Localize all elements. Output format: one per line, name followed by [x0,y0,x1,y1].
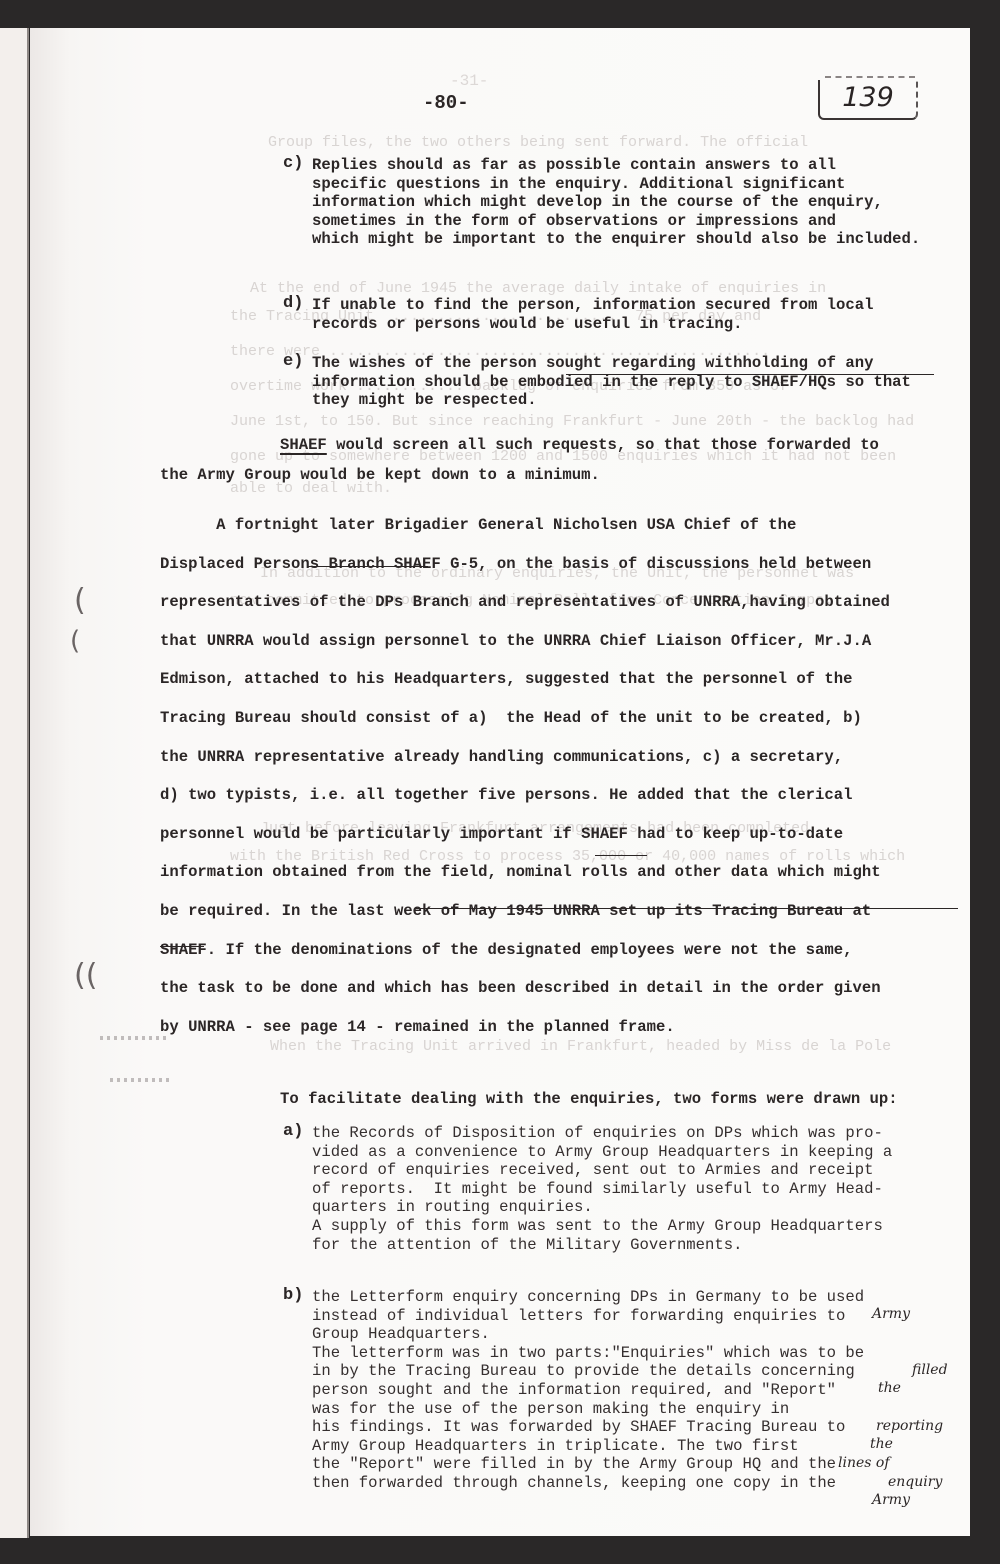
screen-paragraph-line2: the Army Group would be kept down to a m… [160,460,600,491]
handwritten-note: enquiry [888,1474,942,1490]
text-line: the Army Group would be kept down to a m… [160,460,600,491]
text-line: specific questions in the enquiry. Addit… [312,175,920,194]
text-line: Army Group Headquarters in triplicate. T… [312,1437,864,1456]
text-line: they might be respected. [312,391,911,410]
text-line: sometimes in the form of observations or… [312,212,920,231]
margin-bracket-mark-icon: (( [74,958,97,993]
text-line: A fortnight later Brigadier General Nich… [160,506,890,545]
text-line: the Letterform enquiry concerning DPs in… [312,1288,864,1307]
text-line: d) two typists, i.e. all together five p… [160,776,890,815]
form-b-text: the Letterform enquiry concerning DPs in… [312,1288,864,1493]
item-e-text: The wishes of the person sought regardin… [312,354,911,410]
text-line: If unable to find the person, informatio… [312,296,873,315]
text-line: the task to be done and which has been d… [160,969,890,1008]
form-label: a) [283,1122,303,1141]
handwritten-note: Army [872,1492,910,1508]
item-label: d) [283,294,303,313]
text-line: information which might develop in the c… [312,193,920,212]
underline-shaef [160,946,204,947]
text-line: instead of individual letters for forwar… [312,1307,864,1326]
text-line: his findings. It was forwarded by SHAEF … [312,1418,864,1437]
text-line: Displaced Persons Branch SHAEF G-5, on t… [160,545,890,584]
text-line: the "Report" were filled in by the Army … [312,1455,864,1474]
text-line: records or persons would be useful in tr… [312,315,873,334]
text-line: SHAEF would screen all such requests, so… [280,430,879,461]
previous-page-edge [0,28,29,1538]
text-line: quarters in routing enquiries. [312,1198,892,1217]
underlined-shaef: SHAEF [280,436,327,454]
screen-paragraph: SHAEF would screen all such requests, so… [280,430,879,461]
margin-smudge [110,1078,170,1082]
document-page: -31- Group files, the two others being s… [30,28,970,1536]
bleed-through-page-number: -31- [450,72,488,90]
handwritten-note: the [878,1380,901,1396]
text-line: The wishes of the person sought regardin… [312,354,911,373]
text-line: Tracing Bureau should consist of a) the … [160,699,890,738]
item-c-text: Replies should as far as possible contai… [312,156,920,249]
scanned-document: -31- Group files, the two others being s… [0,0,1000,1564]
text-line: the Records of Disposition of enquiries … [312,1124,892,1143]
item-d-text: If unable to find the person, informatio… [312,296,873,333]
text-line: Edmison, attached to his Headquarters, s… [160,660,890,699]
underline-shaef-hqs [566,374,934,375]
text-line: person sought and the information requir… [312,1381,864,1400]
handwritten-note: lines of [838,1455,890,1471]
text-line: in by the Tracing Bureau to provide the … [312,1362,864,1381]
text-line: personnel would be particularly importan… [160,815,890,854]
main-paragraph: A fortnight later Brigadier General Nich… [160,506,890,1046]
text-line: was for the use of the person making the… [312,1400,864,1419]
text-line: The letterform was in two parts:"Enquiri… [312,1344,864,1363]
text-line: Group Headquarters. [312,1325,864,1344]
text-line: A supply of this form was sent to the Ar… [312,1217,892,1236]
text-line: then forwarded through channels, keeping… [312,1474,864,1493]
bleed-through-line: Group files, the two others being sent f… [268,132,808,154]
underline-shaef [595,855,647,856]
page-number: -80- [423,92,469,114]
handwritten-note: filled [912,1362,948,1378]
text-line: of reports. It might be found similarly … [312,1180,892,1199]
text-line: vided as a convenience to Army Group Hea… [312,1143,892,1162]
stamp-border-top [825,76,915,78]
form-a-text: the Records of Disposition of enquiries … [312,1124,892,1254]
forms-intro: To facilitate dealing with the enquiries… [280,1090,898,1109]
handwritten-note: Army [872,1306,910,1322]
underline-tracing-bureau [414,908,958,909]
text-line: by UNRRA - see page 14 - remained in the… [160,1008,890,1047]
text-line: SHAEF. If the denominations of the desig… [160,931,890,970]
text-span: would screen all such requests, so that … [327,436,879,454]
text-line: information should be embodied in the re… [312,373,911,392]
text-line: the UNRRA representative already handlin… [160,738,890,777]
text-line: be required. In the last week of May 194… [160,892,890,931]
text-line: information obtained from the field, nom… [160,853,890,892]
text-line: record of enquiries received, sent out t… [312,1161,892,1180]
text-line: Replies should as far as possible contai… [312,156,920,175]
form-label: b) [283,1286,303,1305]
text-line: that UNRRA would assign personnel to the… [160,622,890,661]
margin-bracket-mark-icon: ( [74,583,86,618]
text-line: representatives of the DPs Branch and re… [160,583,890,622]
handwritten-note: the [870,1436,893,1452]
archive-stamp-number: 139 [818,80,918,120]
margin-smudge [100,1036,170,1040]
text-line: for the attention of the Military Govern… [312,1236,892,1255]
margin-bracket-mark-icon: ( [70,626,80,656]
handwritten-note: reporting [876,1418,943,1434]
item-label: c) [283,154,303,173]
text-line: which might be important to the enquirer… [312,230,920,249]
underline-shaef-g5 [308,566,428,567]
item-label: e) [283,352,303,371]
